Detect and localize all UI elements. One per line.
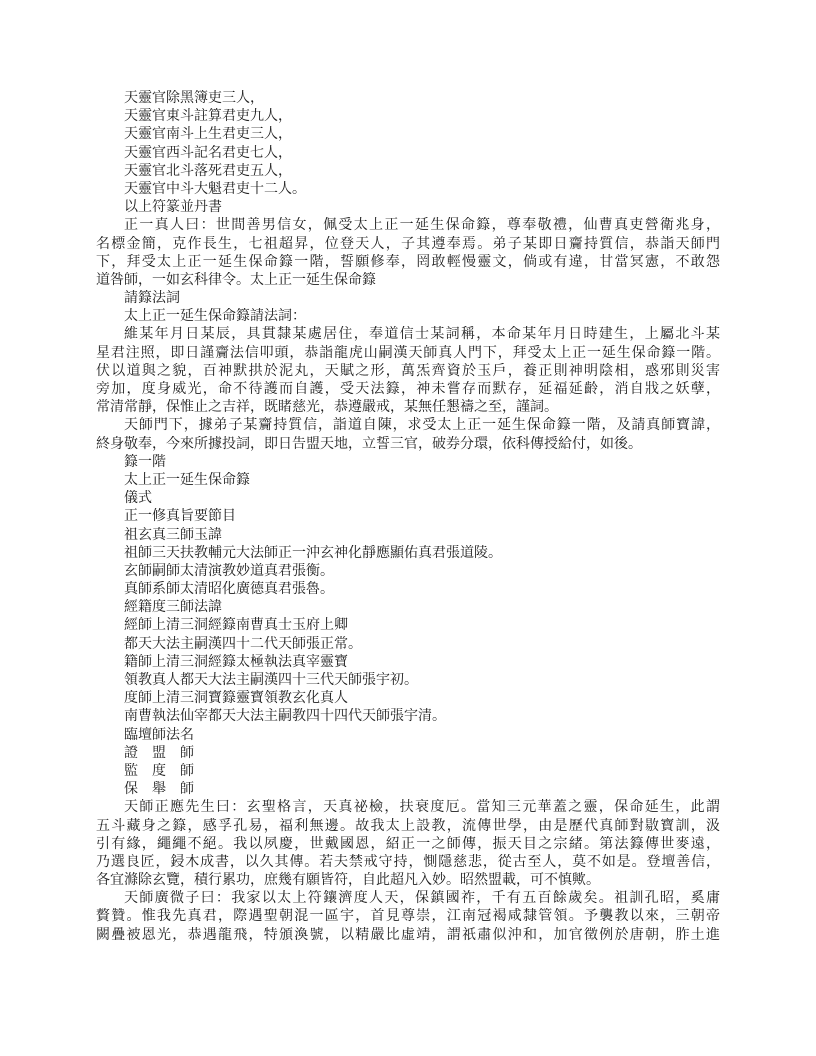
text-line: 祖玄真三師玉諱 bbox=[96, 527, 720, 545]
text-line: 領教真人都天大法主嗣漢四十三代天師張宇初。 bbox=[96, 672, 720, 690]
text-line: 旁加，度身威光，命不待護而自護，受天法籙，神未嘗存而默存，延福延齡，消自戕之妖孽… bbox=[96, 381, 720, 399]
text-line: 正一修真旨要節目 bbox=[96, 508, 720, 526]
text-line: 正一真人曰：世間善男信女，佩受太上正一延生保命籙，尊奉敬禮，仙曹真吏營衛兆身， bbox=[96, 217, 720, 235]
text-line: 臨壇師法名 bbox=[96, 727, 720, 745]
text-line: 儀式 bbox=[96, 490, 720, 508]
text-line: 天靈官中斗大魁君吏十二人。 bbox=[96, 181, 720, 199]
text-line: 請籙法詞 bbox=[96, 290, 720, 308]
text-line: 天靈官北斗落死君吏五人， bbox=[96, 163, 720, 181]
text-line: 南曹執法仙宰都天大法主嗣教四十四代天師張宇清。 bbox=[96, 708, 720, 726]
document-text-block: 天靈官除黑簿吏三人，天靈官東斗註算君吏九人，天靈官南斗上生君吏三人，天靈官西斗記… bbox=[96, 90, 720, 945]
text-line: 星君注照，即日謹齎法信叩頭，恭詣龍虎山嗣漢天師真人門下，拜受太上正一延生保命籙一… bbox=[96, 345, 720, 363]
text-line: 籍師上清三洞經籙太極執法真宰靈寶 bbox=[96, 654, 720, 672]
text-line: 天師正應先生曰：玄聖格言，天真祕檢，扶衰度厄。當知三元華蓋之靈，保命延生，此謂 bbox=[96, 799, 720, 817]
text-line: 道咎師，一如玄科律令。太上正一延生保命籙 bbox=[96, 272, 720, 290]
text-line: 籙一階 bbox=[96, 454, 720, 472]
text-line: 闕疊被恩光，恭遇龍飛，特頒渙號，以精嚴比虛靖，謂祇肅似沖和，加官徵例於唐朝，胙土… bbox=[96, 927, 720, 945]
document-page: 天靈官除黑簿吏三人，天靈官東斗註算君吏九人，天靈官南斗上生君吏三人，天靈官西斗記… bbox=[0, 0, 816, 1056]
text-line: 度師上清三洞寶籙靈寶領教玄化真人 bbox=[96, 690, 720, 708]
text-line: 真師系師太清昭化廣德真君張魯。 bbox=[96, 581, 720, 599]
text-line: 以上符篆並丹書 bbox=[96, 199, 720, 217]
text-line: 下，拜受太上正一延生保命籙一階，誓願修奉，罔敢輕慢靈文，倘或有違，甘當冥憲，不敢… bbox=[96, 254, 720, 272]
text-line: 終身敬奉，今來所據投詞，即日告盟天地，立誓三官，破券分環，依科傳授給付，如後。 bbox=[96, 436, 720, 454]
text-line: 經師上清三洞經籙南曹真士玉府上卿 bbox=[96, 617, 720, 635]
text-line: 天師廣微子曰：我家以太上符鑲濟度人天，保鎮國祚，千有五百餘歲矣。祖訓孔昭，奚庸 bbox=[96, 890, 720, 908]
text-line: 引有緣，繩繩不絕。我以夙慶，世戴國恩，紹正一之師傳，振天目之宗緒。第法籙傳世麥遠… bbox=[96, 836, 720, 854]
text-line: 常清常靜，保惟止之吉祥，既睹慈光，恭遵嚴戒，某無任懇禱之至，謹詞。 bbox=[96, 399, 720, 417]
text-line: 伏以道與之貌，百神默拱於泥丸，天賦之形，萬炁齊資於玉戶，養正則神明陰相，惑邪則災… bbox=[96, 363, 720, 381]
text-line: 天師門下，據弟子某齎持質信，詣道自陳，求受太上正一延生保命籙一階，及請真師寶諱， bbox=[96, 417, 720, 435]
text-line: 天靈官南斗上生君吏三人， bbox=[96, 126, 720, 144]
text-line: 名標金簡，克作長生，七祖超昇，位登天人，子其遵奉焉。弟子某即日齎持質信，恭詣天師… bbox=[96, 236, 720, 254]
text-line: 天靈官東斗註算君吏九人， bbox=[96, 108, 720, 126]
text-line: 天靈官除黑簿吏三人， bbox=[96, 90, 720, 108]
text-line: 天靈官西斗記名君吏七人， bbox=[96, 145, 720, 163]
text-line: 贅贊。惟我先真君，際遇聖朝混一區宇，首見尊崇，江南冠褐咸隸管領。予襲教以來，三朝… bbox=[96, 908, 720, 926]
text-line: 玄師嗣師太清演教妙道真君張衡。 bbox=[96, 563, 720, 581]
text-line: 太上正一延生保命籙請法詞： bbox=[96, 308, 720, 326]
text-line: 經籍度三師法諱 bbox=[96, 599, 720, 617]
text-line: 都天大法主嗣漢四十二代天師張正常。 bbox=[96, 636, 720, 654]
text-line: 太上正一延生保命籙 bbox=[96, 472, 720, 490]
text-line: 證 盟 師 bbox=[96, 745, 720, 763]
text-line: 保 舉 師 bbox=[96, 781, 720, 799]
text-line: 各宜滌除玄覽，積行累功，庶幾有願皆符，自此超凡入妙。昭然盟載，可不慎歟。 bbox=[96, 872, 720, 890]
text-line: 乃選良匠，鋟木成書，以久其傳。若夫禁戒守持，惻隱慈悲，從古至人，莫不如是。登壇善… bbox=[96, 854, 720, 872]
text-line: 監 度 師 bbox=[96, 763, 720, 781]
text-line: 五斗藏身之籙，感孚孔易，福利無邊。故我太上設教，流傳世學，由是歷代真師對敭寶訓，… bbox=[96, 818, 720, 836]
text-line: 維某年月日某辰，具貫隸某處居住，奉道信士某詞稱，本命某年月日時建生，上屬北斗某 bbox=[96, 326, 720, 344]
text-line: 祖師三天扶教輔元大法師正一沖玄神化靜應顯佑真君張道陵。 bbox=[96, 545, 720, 563]
